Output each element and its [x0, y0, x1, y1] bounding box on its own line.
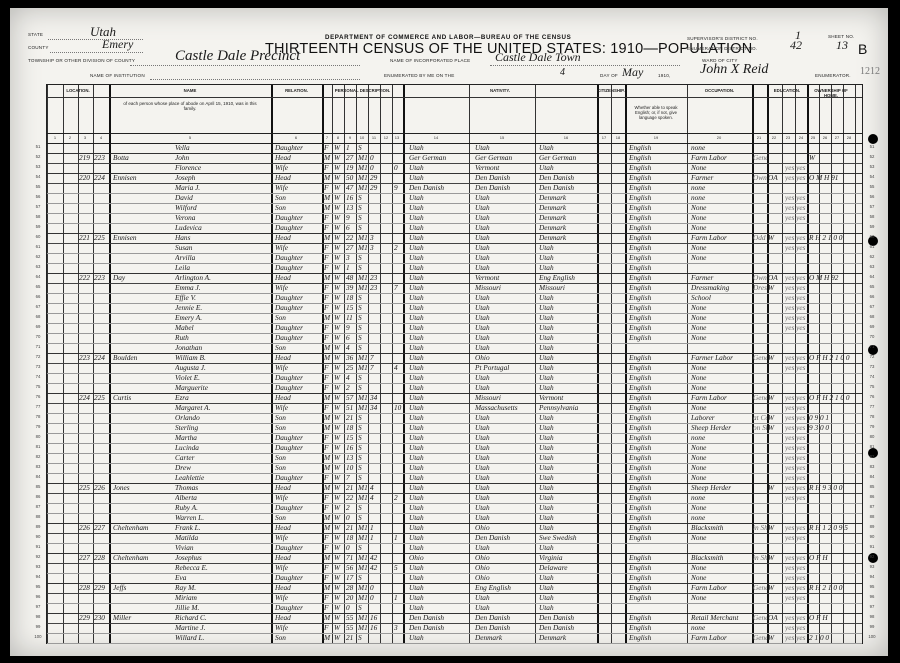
- age: 22: [346, 493, 357, 502]
- line-number: 59: [865, 224, 879, 229]
- sex: M: [324, 273, 333, 282]
- marital-status: S: [358, 313, 370, 322]
- line-number-left: 88: [31, 514, 45, 519]
- age: 1: [346, 143, 357, 152]
- birthplace: Utah: [409, 463, 467, 472]
- children-born: 9: [394, 183, 403, 192]
- language: English: [629, 553, 685, 562]
- children-born: 10: [394, 403, 403, 412]
- punch-hole: [868, 134, 878, 144]
- race: W: [334, 373, 345, 382]
- race: W: [334, 273, 345, 282]
- education: yes yes: [785, 483, 807, 492]
- language: English: [629, 383, 685, 392]
- sex: F: [324, 493, 333, 502]
- sex: F: [324, 443, 333, 452]
- relation: Head: [275, 613, 321, 622]
- given-name: David: [175, 193, 269, 202]
- trade: None: [691, 503, 749, 512]
- age: 3: [346, 253, 357, 262]
- marital-status: S: [358, 343, 370, 352]
- marital-status: S: [358, 463, 370, 472]
- birthplace: Utah: [409, 503, 467, 512]
- education: yes yes yes: [785, 573, 807, 582]
- table-row: Warren L.SonMW0SUtahUtahUtahEnglishnone8…: [47, 513, 862, 523]
- race: W: [334, 593, 345, 602]
- line-number: 83: [865, 464, 879, 469]
- father-birthplace: Vermont: [475, 163, 533, 172]
- mother-birthplace: Utah: [539, 333, 595, 342]
- language: English: [629, 333, 685, 342]
- education: yes yes: [785, 583, 807, 592]
- trade: none: [691, 623, 749, 632]
- table-row: DrewSonMW10SUtahUtahUtahEnglishNoneyes y…: [47, 463, 862, 473]
- father-birthplace: Utah: [475, 233, 533, 242]
- trade: None: [691, 533, 749, 542]
- birthplace: Utah: [409, 423, 467, 432]
- column-number: 23: [782, 135, 794, 140]
- trade: Retail Merchant: [691, 613, 749, 622]
- given-name: Florence: [175, 163, 269, 172]
- birthplace: Utah: [409, 283, 467, 292]
- employer-status: W: [768, 423, 780, 432]
- sex: F: [324, 373, 333, 382]
- trade: none: [691, 193, 749, 202]
- birthplace: Utah: [409, 343, 467, 352]
- line-number: 84: [865, 474, 879, 479]
- mother-birthplace: Den Danish: [539, 613, 595, 622]
- marital-status: M1: [358, 483, 370, 492]
- given-name: Leahlettie: [175, 473, 269, 482]
- line-number-left: 89: [31, 524, 45, 529]
- birthplace: Utah: [409, 593, 467, 602]
- family-number: 223: [94, 273, 110, 282]
- sheet-number-value: 13: [836, 38, 848, 53]
- language: English: [629, 573, 685, 582]
- relation: Head: [275, 273, 321, 282]
- line-number-left: 62: [31, 254, 45, 259]
- father-birthplace: Utah: [475, 203, 533, 212]
- years-married: 3: [370, 243, 381, 252]
- relation: Son: [275, 193, 321, 202]
- employer-status: W: [768, 633, 780, 642]
- race: W: [334, 263, 345, 272]
- sex: M: [324, 463, 333, 472]
- birthplace: Den Danish: [409, 183, 467, 192]
- marital-status: M1: [358, 493, 370, 502]
- column-number: 15: [496, 135, 508, 140]
- trade: Farmer Labor: [691, 353, 749, 362]
- birthplace: Ohio: [409, 553, 467, 562]
- language: English: [629, 563, 685, 572]
- marital-status: M1: [358, 273, 370, 282]
- line-number-left: 65: [31, 284, 45, 289]
- education: yes yes: [785, 553, 807, 562]
- education: yes yes yes: [785, 463, 807, 472]
- employer-status: OA: [768, 173, 780, 182]
- mother-birthplace: Utah: [539, 143, 595, 152]
- line-number-left: 100: [31, 634, 45, 639]
- table-row: MabelDaughterFW9SUtahUtahUtahEnglishNone…: [47, 323, 862, 333]
- line-number-left: 69: [31, 324, 45, 329]
- line-number: 100: [865, 634, 879, 639]
- marital-status: S: [358, 293, 370, 302]
- education: yes yes: [785, 403, 807, 412]
- column-number: 28: [843, 135, 855, 140]
- education: yes yes yes: [785, 203, 807, 212]
- age: 27: [346, 243, 357, 252]
- column-number: 6: [290, 135, 302, 140]
- race: W: [334, 383, 345, 392]
- sex: F: [324, 223, 333, 232]
- mother-birthplace: Swe Swedish: [539, 533, 595, 542]
- father-birthplace: Ohio: [475, 573, 533, 582]
- language: English: [629, 213, 685, 222]
- trade: Farm Labor: [691, 393, 749, 402]
- birthplace: Utah: [409, 513, 467, 522]
- sex: F: [324, 293, 333, 302]
- line-number-left: 93: [31, 564, 45, 569]
- race: W: [334, 163, 345, 172]
- years-married: 29: [370, 173, 381, 182]
- relation: Son: [275, 423, 321, 432]
- state-label: STATE: [28, 32, 43, 37]
- sex: F: [324, 183, 333, 192]
- line-number-left: 85: [31, 484, 45, 489]
- relation: Daughter: [275, 373, 321, 382]
- line-number-left: 91: [31, 544, 45, 549]
- years-married: 42: [370, 553, 381, 562]
- father-birthplace: Utah: [475, 463, 533, 472]
- birthplace: Utah: [409, 313, 467, 322]
- age: 4: [346, 343, 357, 352]
- column-number: 27: [831, 135, 843, 140]
- line-number-left: 94: [31, 574, 45, 579]
- mother-birthplace: Utah: [539, 353, 595, 362]
- birthplace: Utah: [409, 633, 467, 642]
- sex: M: [324, 483, 333, 492]
- given-name: Thomas: [175, 483, 269, 492]
- table-row: 219223BottaJohnHeadMW27M10Ger GermanGer …: [47, 153, 862, 163]
- father-birthplace: Utah: [475, 543, 533, 552]
- line-number-left: 58: [31, 214, 45, 219]
- years-married: 34: [370, 403, 381, 412]
- given-name: Josephus: [175, 553, 269, 562]
- race: W: [334, 143, 345, 152]
- line-number: 93: [865, 564, 879, 569]
- table-row: Jennie E.DaughterFW15SUtahUtahUtahEnglis…: [47, 303, 862, 313]
- race: W: [334, 493, 345, 502]
- trade: Farm Labor: [691, 153, 749, 162]
- language: English: [629, 263, 685, 272]
- given-name: Margaret A.: [175, 403, 269, 412]
- birthplace: Utah: [409, 173, 467, 182]
- language: English: [629, 273, 685, 282]
- line-number-left: 74: [31, 374, 45, 379]
- years-married: 29: [370, 183, 381, 192]
- father-birthplace: Utah: [475, 193, 533, 202]
- line-number: 97: [865, 604, 879, 609]
- mother-birthplace: Utah: [539, 483, 595, 492]
- county-label: COUNTY: [28, 45, 49, 50]
- table-row: ArvillaDaughterFW3SUtahUtahUtahEnglishNo…: [47, 253, 862, 263]
- mother-birthplace: Den Danish: [539, 623, 595, 632]
- line-number-left: 76: [31, 394, 45, 399]
- line-number-left: 64: [31, 274, 45, 279]
- language: English: [629, 303, 685, 312]
- dwelling-number: 229: [79, 613, 94, 622]
- race: W: [334, 553, 345, 562]
- given-name: Carter: [175, 453, 269, 462]
- birthplace: Utah: [409, 453, 467, 462]
- column-group-name: NAME: [109, 88, 271, 93]
- father-birthplace: Missouri: [475, 283, 533, 292]
- age: 47: [346, 183, 357, 192]
- given-name: William B.: [175, 353, 269, 362]
- dwelling-number: 227: [79, 553, 94, 562]
- marital-status: M1: [358, 233, 370, 242]
- race: W: [334, 213, 345, 222]
- line-number: 82: [865, 454, 879, 459]
- table-row: Jillie M.DaughterFW0SUtahUtahUtah9797: [47, 603, 862, 613]
- sex: F: [324, 543, 333, 552]
- trade: Farm Labor: [691, 233, 749, 242]
- marital-status: S: [358, 413, 370, 422]
- township-label: TOWNSHIP OR OTHER DIVISION OF COUNTY: [28, 58, 135, 63]
- age: 18: [346, 533, 357, 542]
- birthplace: Utah: [409, 473, 467, 482]
- surname: Jones: [113, 483, 173, 492]
- language: English: [629, 153, 685, 162]
- language: English: [629, 323, 685, 332]
- race: W: [334, 173, 345, 182]
- education: yes yes: [785, 413, 807, 422]
- home-ownership: O F H: [809, 553, 855, 562]
- sex: M: [324, 583, 333, 592]
- age: 71: [346, 553, 357, 562]
- table-row: Emma J.WifeFW39M1237UtahMissouriMissouri…: [47, 283, 862, 293]
- line-number: 62: [865, 254, 879, 259]
- education: yes yes: [785, 163, 807, 172]
- line-number-left: 92: [31, 554, 45, 559]
- line-number: 57: [865, 204, 879, 209]
- line-number-left: 75: [31, 384, 45, 389]
- line-number-left: 99: [31, 624, 45, 629]
- institution-label: NAME OF INSTITUTION: [90, 73, 145, 78]
- trade: none: [691, 493, 749, 502]
- mother-birthplace: Denmark: [539, 633, 595, 642]
- age: 55: [346, 613, 357, 622]
- sex: F: [324, 163, 333, 172]
- table-row: 229230MillerRichard C.HeadMW55M116Den Da…: [47, 613, 862, 623]
- father-birthplace: Utah: [475, 423, 533, 432]
- age: 22: [346, 233, 357, 242]
- line-number: 53: [865, 164, 879, 169]
- education: yes yes yes: [785, 303, 807, 312]
- marital-status: S: [358, 193, 370, 202]
- language: English: [629, 593, 685, 602]
- line-number-left: 96: [31, 594, 45, 599]
- employer-status: W: [768, 483, 780, 492]
- given-name: Lucinda: [175, 443, 269, 452]
- table-row: 227228CheltenhamJosephusHeadMW71M142Ohio…: [47, 553, 862, 563]
- line-number: 91: [865, 544, 879, 549]
- birthplace: Ger German: [409, 153, 467, 162]
- father-birthplace: Utah: [475, 503, 533, 512]
- father-birthplace: Den Danish: [475, 533, 533, 542]
- mother-birthplace: Vermont: [539, 393, 595, 402]
- father-birthplace: Utah: [475, 253, 533, 262]
- mother-birthplace: Utah: [539, 263, 595, 272]
- family-number: 223: [94, 153, 110, 162]
- dwelling-number: 221: [79, 233, 94, 242]
- relation: Wife: [275, 593, 321, 602]
- race: W: [334, 253, 345, 262]
- trade: None: [691, 163, 749, 172]
- age: 39: [346, 283, 357, 292]
- mother-birthplace: Utah: [539, 493, 595, 502]
- given-name: Leila: [175, 263, 269, 272]
- marital-status: M1: [358, 183, 370, 192]
- race: W: [334, 443, 345, 452]
- relation: Wife: [275, 403, 321, 412]
- surname: Ennisen: [113, 173, 173, 182]
- years-married: 23: [370, 273, 381, 282]
- sex: M: [324, 203, 333, 212]
- marital-status: S: [358, 223, 370, 232]
- home-ownership: O F H 2 1 0 0: [809, 393, 855, 402]
- column-number: 3: [79, 135, 91, 140]
- line-number-left: 59: [31, 224, 45, 229]
- language: English: [629, 463, 685, 472]
- race: W: [334, 303, 345, 312]
- race: W: [334, 343, 345, 352]
- age: 11: [346, 313, 357, 322]
- education: yes yes: [785, 273, 807, 282]
- father-birthplace: Utah: [475, 143, 533, 152]
- language: English: [629, 413, 685, 422]
- language: English: [629, 443, 685, 452]
- marital-status: S: [358, 373, 370, 382]
- children-born: 5: [394, 563, 403, 572]
- marital-status: S: [358, 503, 370, 512]
- language: English: [629, 233, 685, 242]
- mother-birthplace: Denmark: [539, 203, 595, 212]
- surname: Day: [113, 273, 173, 282]
- family-number: 227: [94, 523, 110, 532]
- table-row: 226227CheltenhamFrank L.HeadMW21M11UtahO…: [47, 523, 862, 533]
- race: W: [334, 323, 345, 332]
- relation: Head: [275, 393, 321, 402]
- dwelling-number: 220: [79, 173, 94, 182]
- given-name: Emma J.: [175, 283, 269, 292]
- father-birthplace: Den Danish: [475, 173, 533, 182]
- given-name: Ray M.: [175, 583, 269, 592]
- mother-birthplace: Utah: [539, 593, 595, 602]
- children-born: 2: [394, 493, 403, 502]
- language: English: [629, 223, 685, 232]
- line-number: 99: [865, 624, 879, 629]
- industry: General Farm Work: [753, 393, 767, 402]
- table-row: LeahlettieDaughterFW7SUtahUtahUtahEnglis…: [47, 473, 862, 483]
- mother-birthplace: Den Danish: [539, 173, 595, 182]
- father-birthplace: Utah: [475, 483, 533, 492]
- table-row: 224225CurtisEzraHeadMW57M134UtahMissouri…: [47, 393, 862, 403]
- birthplace: Utah: [409, 223, 467, 232]
- relation: Daughter: [275, 603, 321, 612]
- birthplace: Utah: [409, 163, 467, 172]
- birthplace: Utah: [409, 323, 467, 332]
- line-number-left: 51: [31, 144, 45, 149]
- race: W: [334, 413, 345, 422]
- enumerated-label: ENUMERATED BY ME ON THE: [384, 73, 454, 78]
- trade: None: [691, 563, 749, 572]
- line-number-left: 84: [31, 474, 45, 479]
- line-number-left: 79: [31, 424, 45, 429]
- given-name: Martine J.: [175, 623, 269, 632]
- birthplace: Utah: [409, 273, 467, 282]
- enumerated-day: 4: [560, 67, 565, 78]
- industry: Dressmaking: [753, 283, 767, 292]
- relation: Son: [275, 203, 321, 212]
- father-birthplace: Utah: [475, 223, 533, 232]
- column-group-ownership: OWNERSHIP OF HOME.: [807, 88, 855, 98]
- sex: M: [324, 193, 333, 202]
- given-name: Violet E.: [175, 373, 269, 382]
- education: yes yes: [785, 533, 807, 542]
- age: 48: [346, 273, 357, 282]
- birthplace: Utah: [409, 563, 467, 572]
- home-ownership: W: [809, 153, 855, 162]
- years-married: 0: [370, 583, 381, 592]
- industry: in Shop: [753, 523, 767, 532]
- employer-status: OA: [768, 273, 780, 282]
- line-number-left: 52: [31, 154, 45, 159]
- line-number-left: 72: [31, 354, 45, 359]
- column-number: 24: [795, 135, 807, 140]
- mother-birthplace: Utah: [539, 163, 595, 172]
- race: W: [334, 473, 345, 482]
- table-row: Emery A.SonMW11SUtahUtahUtahEnglishNoney…: [47, 313, 862, 323]
- relation: Daughter: [275, 383, 321, 392]
- industry: Own Farm: [753, 273, 767, 282]
- sex: F: [324, 573, 333, 582]
- dwelling-number: 222: [79, 273, 94, 282]
- column-number: 8: [332, 135, 344, 140]
- father-birthplace: Missouri: [475, 393, 533, 402]
- mother-birthplace: Utah: [539, 453, 595, 462]
- enumerator-name: John X Reid: [700, 62, 768, 78]
- supervisor-district-label: SUPERVISOR'S DISTRICT NO.: [687, 36, 758, 41]
- education: yes yes yes: [785, 443, 807, 452]
- father-birthplace: Utah: [475, 473, 533, 482]
- language: English: [629, 423, 685, 432]
- years-married: 0: [370, 593, 381, 602]
- language: English: [629, 623, 685, 632]
- relation: Son: [275, 343, 321, 352]
- father-birthplace: Utah: [475, 323, 533, 332]
- row-divider: [47, 643, 862, 644]
- line-number: 51: [865, 144, 879, 149]
- dwelling-number: 225: [79, 483, 94, 492]
- race: W: [334, 563, 345, 572]
- column-number: 18: [612, 135, 624, 140]
- mother-birthplace: Utah: [539, 513, 595, 522]
- age: 20: [346, 593, 357, 602]
- sex: F: [324, 213, 333, 222]
- age: 0: [346, 603, 357, 612]
- years-married: 34: [370, 393, 381, 402]
